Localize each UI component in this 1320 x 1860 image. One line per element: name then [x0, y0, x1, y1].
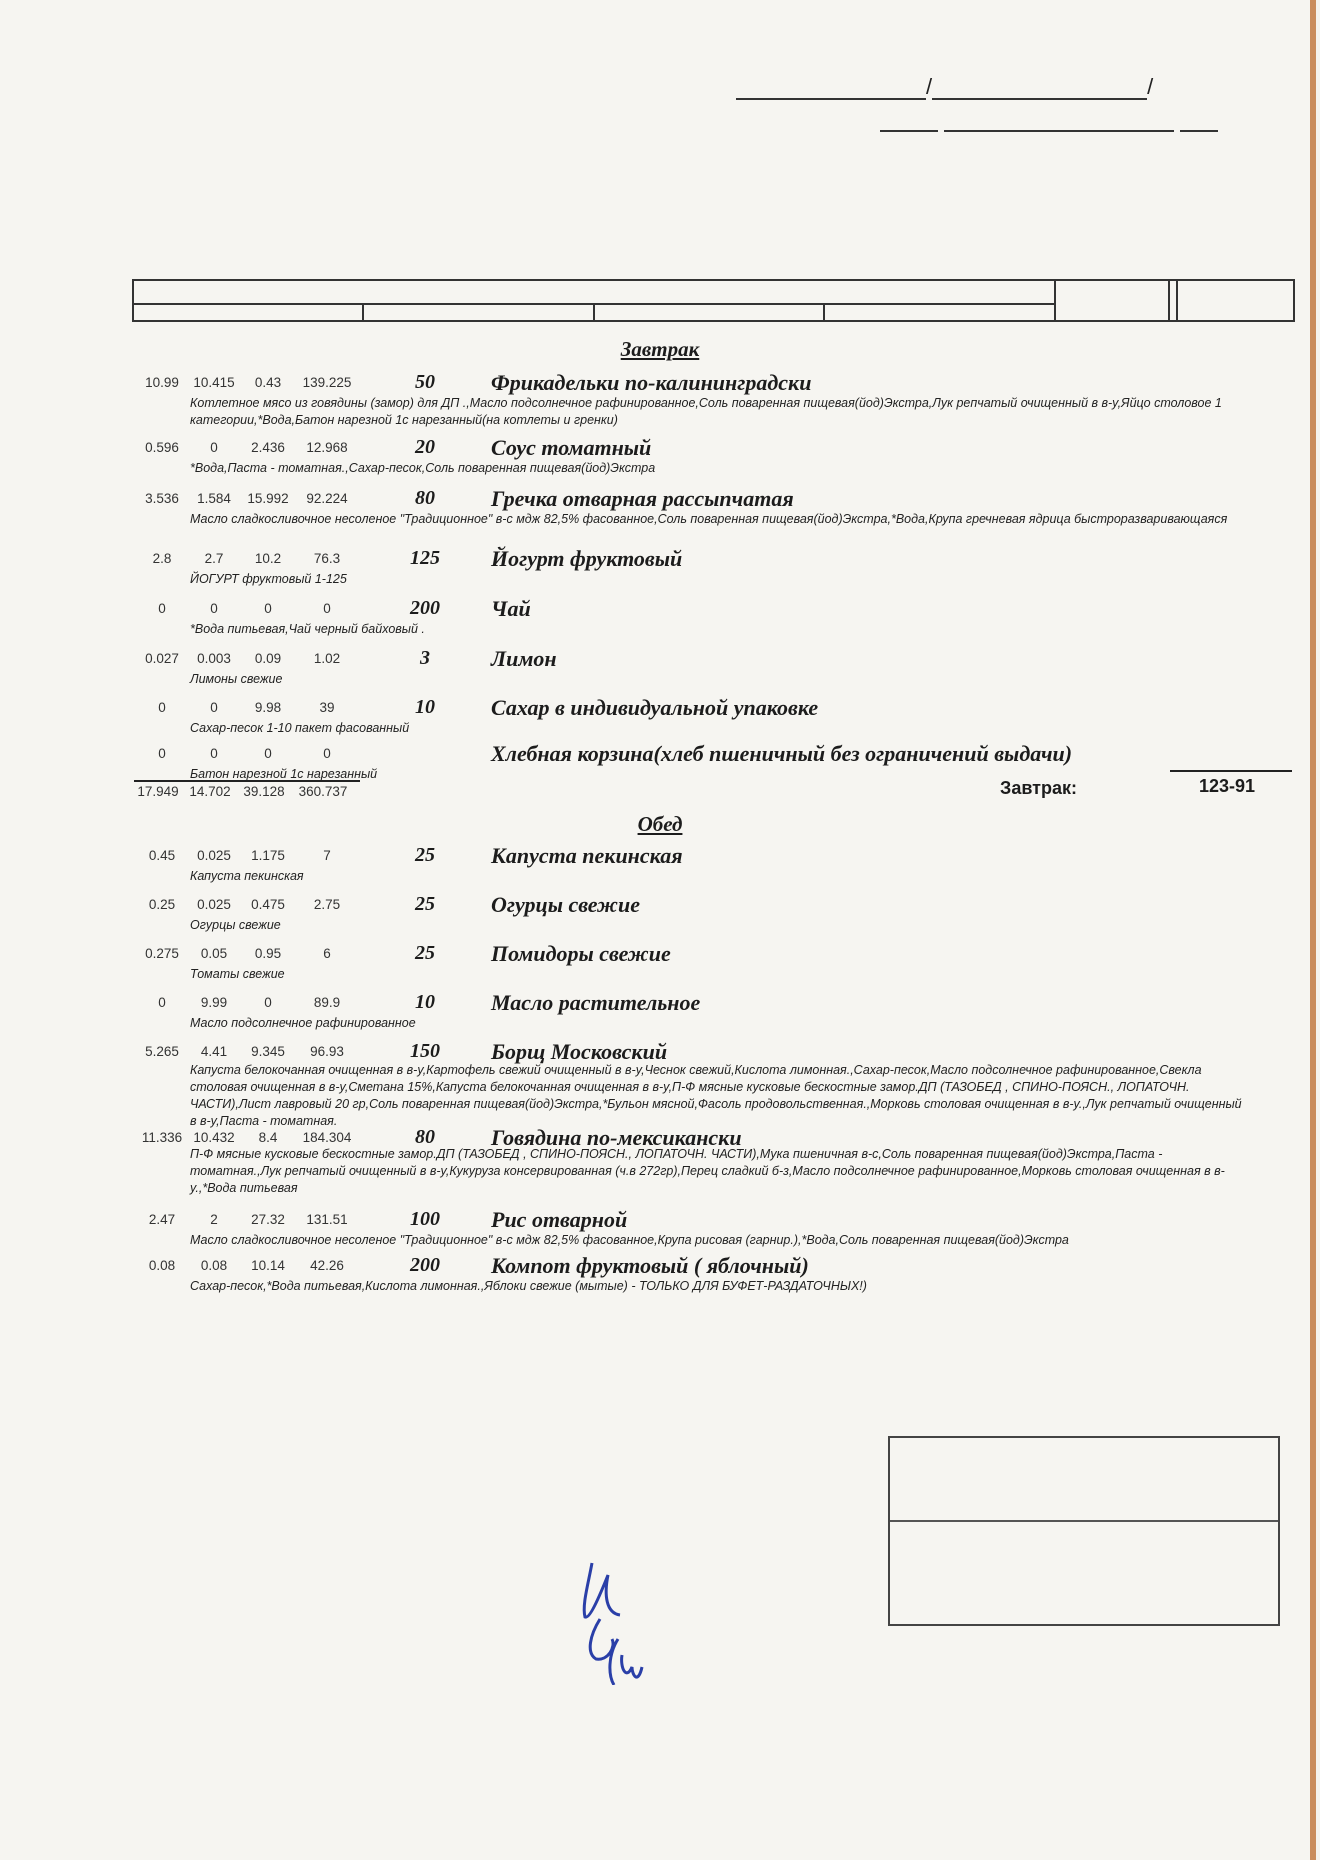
approver-signature-line [736, 98, 926, 100]
dish-name: Гречка отварная рассыпчатая [491, 485, 794, 513]
item-yield: 125 [390, 547, 460, 570]
dish-name: Лимон [491, 645, 557, 673]
dish-name: Йогурт фруктовый [491, 545, 682, 573]
dish-ingredients: Томаты свежие [190, 966, 1250, 983]
section-cost: 123-91 [1199, 776, 1255, 797]
paper-edge [1310, 0, 1316, 1860]
section-totals: 17.94914.70239.128360.737 [134, 784, 360, 799]
nutrition-values: 0.2750.050.956 [138, 946, 360, 961]
company-stamp [888, 1436, 1280, 1626]
nutrition-values: 0.080.0810.1442.26 [138, 1258, 360, 1273]
dish-name: Рис отварной [491, 1206, 627, 1234]
dish-ingredients: Котлетное мясо из говядины (замор) для Д… [190, 395, 1250, 429]
section-title: Обед [0, 812, 1320, 837]
dish-ingredients: Сахар-песок,*Вода питьевая,Кислота лимон… [190, 1278, 1250, 1295]
dish-name: Сахар в индивидуальной упаковке [491, 694, 818, 722]
nutrition-values: 0000 [138, 746, 360, 761]
nutrition-values: 2.47227.32131.51 [138, 1212, 360, 1227]
nutrition-values: 11.33610.4328.4184.304 [138, 1130, 360, 1145]
item-yield: 25 [390, 942, 460, 965]
approver-name-line [932, 98, 1147, 100]
dish-name: Фрикадельки по-калининградски [491, 369, 811, 397]
approval-date-line [880, 106, 1218, 132]
menu-table-header [132, 279, 1295, 322]
dish-ingredients: *Вода питьевая,Чай черный байховый . [190, 621, 1250, 638]
nutrition-header [133, 280, 1055, 304]
nutrition-values: 3.5361.58415.99292.224 [138, 491, 360, 506]
nutrition-values: 0000 [138, 601, 360, 616]
dish-name: Чай [491, 595, 531, 623]
dish-ingredients: ЙОГУРТ фруктовый 1-125 [190, 571, 1250, 588]
nutrition-values: 0.450.0251.1757 [138, 848, 360, 863]
dish-name: Хлебная корзина(хлеб пшеничный без огран… [491, 740, 1072, 768]
nutrition-values: 5.2654.419.34596.93 [138, 1044, 360, 1059]
carbs-header [594, 304, 824, 321]
item-yield: 200 [390, 1254, 460, 1277]
section-cost-label: Завтрак: [1000, 778, 1077, 799]
item-yield: 100 [390, 1208, 460, 1231]
item-yield: 25 [390, 844, 460, 867]
dish-name: Компот фруктовый ( яблочный) [491, 1252, 809, 1280]
dish-name: Соус томатный [491, 434, 651, 462]
dish-ingredients: Капуста белокочанная очищенная в в-у,Кар… [190, 1062, 1250, 1130]
dish-ingredients: Масло подсолнечное рафинированное [190, 1015, 1250, 1032]
cost-header [1177, 280, 1294, 321]
item-yield: 20 [390, 436, 460, 459]
nutrition-values: 009.9839 [138, 700, 360, 715]
dish-name: Капуста пекинская [491, 842, 683, 870]
dish-ingredients: Лимоны свежие [190, 671, 1250, 688]
section-title: Завтрак [0, 337, 1320, 362]
item-yield: 150 [390, 1040, 460, 1063]
nutrition-values: 0.59602.43612.968 [138, 440, 360, 455]
yield-header [1055, 280, 1169, 321]
item-yield: 10 [390, 696, 460, 719]
item-yield: 10 [390, 991, 460, 1014]
nutrition-values: 2.82.710.276.3 [138, 551, 360, 566]
item-yield: 200 [390, 597, 460, 620]
dish-name: Огурцы свежие [491, 891, 640, 919]
item-yield: 3 [390, 647, 460, 670]
dish-ingredients: *Вода,Паста - томатная.,Сахар-песок,Соль… [190, 460, 1250, 477]
nutrition-values: 0.0270.0030.091.02 [138, 651, 360, 666]
nutrition-values: 09.99089.9 [138, 995, 360, 1010]
dish-ingredients: Огурцы свежие [190, 917, 1250, 934]
nutrition-values: 0.250.0250.4752.75 [138, 897, 360, 912]
dish-ingredients: Масло сладкосливочное несоленое "Традици… [190, 1232, 1250, 1249]
protein-header [133, 304, 363, 321]
item-yield: 50 [390, 371, 460, 394]
item-yield: 25 [390, 893, 460, 916]
dish-name: Помидоры свежие [491, 940, 671, 968]
item-yield: 80 [390, 487, 460, 510]
dish-name: Масло растительное [491, 989, 700, 1017]
handwritten-signature-icon [560, 1535, 680, 1685]
dish-name-header [1169, 280, 1177, 321]
kcal-header [824, 304, 1054, 321]
document-page: // Завтрак10.9910.4150.43139.22550Фрикад… [0, 0, 1316, 1860]
dish-ingredients: П-Ф мясные кусковые бескостные замор.ДП … [190, 1146, 1250, 1197]
nutrition-values: 10.9910.4150.43139.225 [138, 375, 360, 390]
approval-block: // [736, 74, 1153, 100]
dish-ingredients: Сахар-песок 1-10 пакет фасованный [190, 720, 1250, 737]
fat-header [363, 304, 593, 321]
dish-ingredients: Масло сладкосливочное несоленое "Традици… [190, 511, 1250, 528]
dish-ingredients: Капуста пекинская [190, 868, 1250, 885]
